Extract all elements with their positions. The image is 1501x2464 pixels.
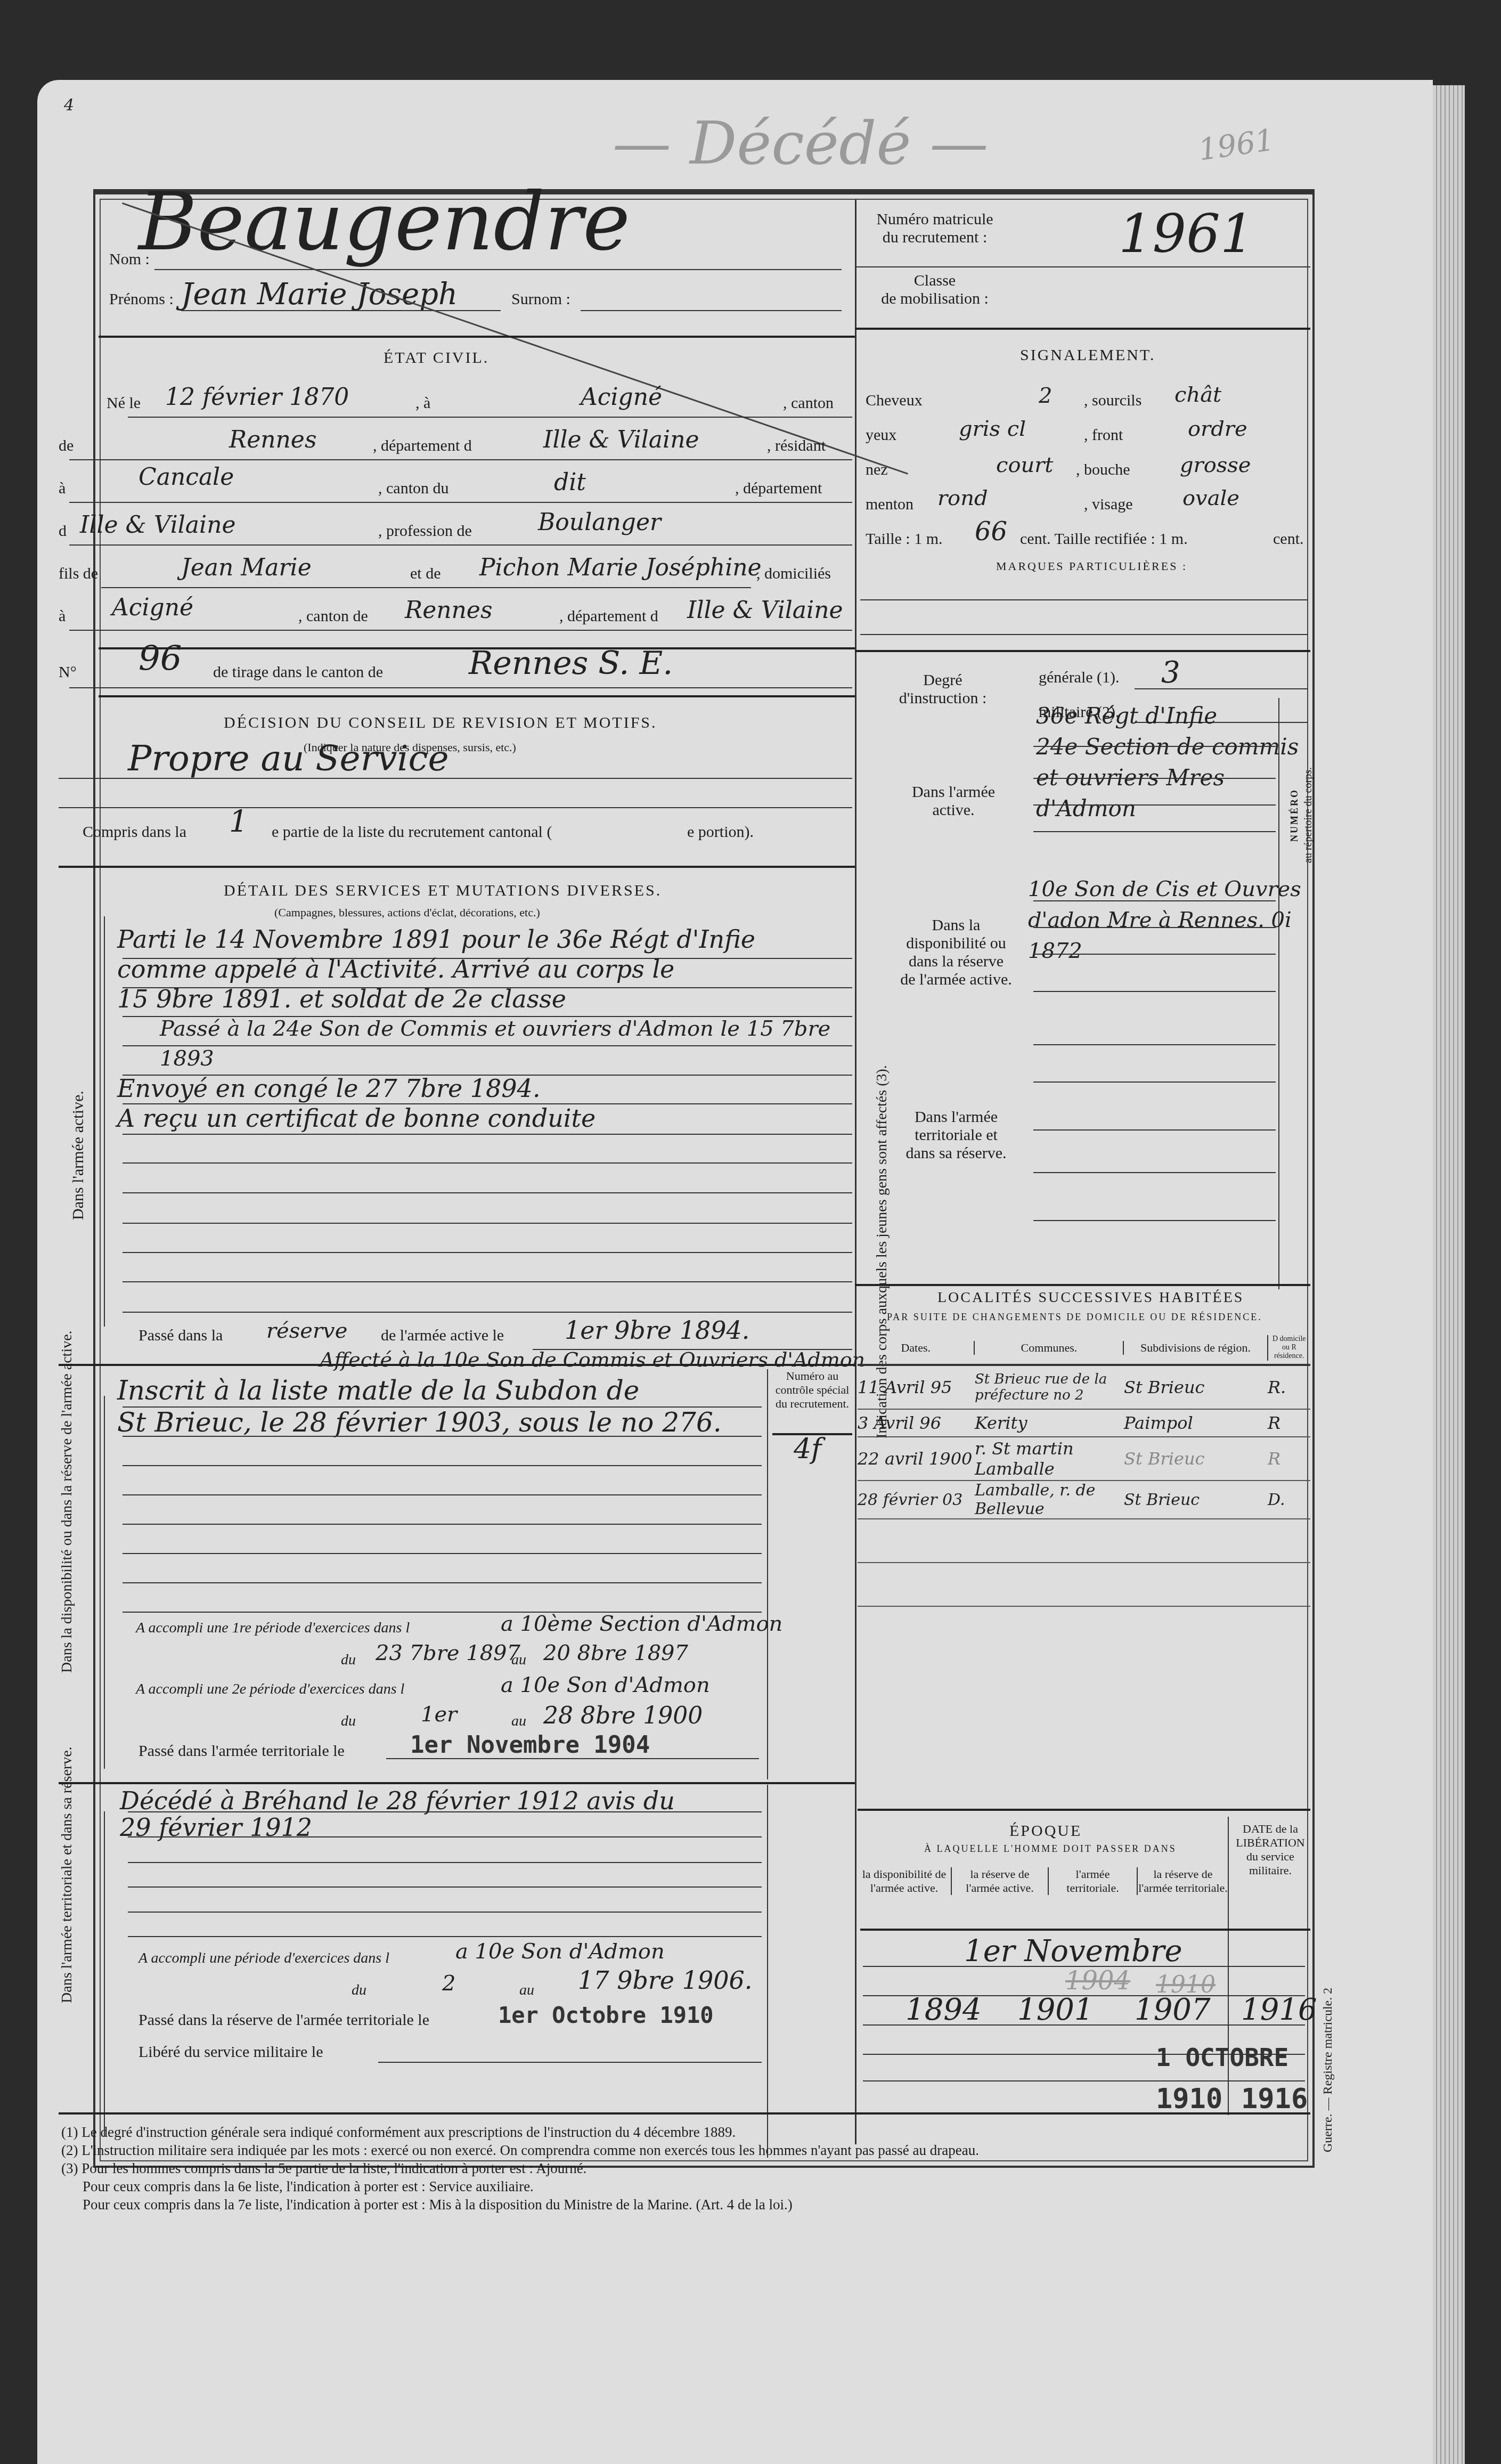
controle-value[interactable]: 4f	[794, 1433, 821, 1465]
compris-value[interactable]: 1	[229, 804, 248, 839]
sourcils-value[interactable]: chât	[1174, 383, 1221, 407]
tirage-no-label: N°	[59, 663, 77, 681]
periode3-au-value[interactable]: 17 9bre 1906.	[578, 1966, 752, 1995]
decision-title: DÉCISION DU CONSEIL DE REVISION ET MOTIF…	[224, 714, 657, 732]
periode2-au-value[interactable]: 28 8bre 1900	[543, 1702, 703, 1729]
instruction-generale-label: générale (1).	[1039, 669, 1120, 687]
passe-territoriale-value[interactable]: 1er Novembre 1904	[410, 1731, 650, 1759]
periode3-du-label: du	[352, 1982, 366, 1999]
profession-value[interactable]: Boulanger	[538, 509, 661, 536]
d-label: d	[59, 522, 67, 540]
epoque-headers: la disponibilité de l'armée active. la r…	[858, 1867, 1228, 1895]
numero-repertoire-sub: au répertoire du corps.	[1302, 767, 1315, 863]
services-side-dispo: Dans la disponibilité ou dans la réserve…	[59, 1330, 76, 1673]
corps-dispo-entries[interactable]: 10e Son de Cis et Ouvresd'adon Mre à Ren…	[1028, 874, 1310, 966]
instruction-label: Degréd'instruction :	[884, 671, 1001, 708]
a-label: , à	[415, 394, 430, 412]
column-divider	[855, 200, 856, 2144]
visage-label: , visage	[1084, 495, 1133, 514]
residant-label: , résidant	[767, 437, 826, 455]
col-territoriale: l'armée territoriale.	[1048, 1867, 1137, 1895]
nez-label: nez	[866, 461, 888, 479]
localites-subtitle: PAR SUITE DE CHANGEMENTS DE DOMICILE OU …	[887, 1312, 1262, 1323]
domicile-canton-value[interactable]: Rennes	[405, 597, 492, 624]
epoque-subtitle: À LAQUELLE L'HOMME DOIT PASSER DANS	[924, 1843, 1177, 1855]
controle-label: Numéro au contrôle spécial du recrutemen…	[775, 1369, 850, 1411]
portion-suffix: e portion).	[687, 823, 754, 841]
nez-value[interactable]: court	[996, 453, 1053, 477]
periode2-value[interactable]: a 10e Son d'Admon	[501, 1673, 710, 1697]
corps-territoriale-label: Dans l'armée territoriale et dans sa rés…	[900, 1108, 1012, 1162]
periode1-du-value[interactable]: 23 7bre 1897	[376, 1641, 520, 1665]
bouche-value[interactable]: grosse	[1180, 453, 1251, 477]
footnote-3b: Pour ceux compris dans la 6e liste, l'in…	[61, 2177, 1286, 2195]
localites-table: Dates. Communes. Subdivisions de région.…	[858, 1332, 1310, 1649]
signalement-title: SIGNALEMENT.	[1020, 346, 1156, 364]
taille-label: Taille : 1 m.	[866, 530, 943, 548]
footnote-2: (2) L'instruction militaire sera indiqué…	[61, 2141, 1286, 2159]
cheveux-label: Cheveux	[866, 392, 923, 410]
passe-territoriale-label: Passé dans l'armée territoriale le	[138, 1742, 345, 1760]
birth-dept-value[interactable]: Ille & Vilaine	[543, 426, 699, 453]
domicile-dept-value[interactable]: Ille & Vilaine	[687, 597, 843, 624]
birth-place-value[interactable]: Acigné	[581, 384, 662, 411]
services-subtitle: (Campagnes, blessures, actions d'éclat, …	[274, 906, 540, 920]
cheveux-value[interactable]: 2	[1039, 384, 1052, 408]
corps-dispo-label: Dans la disponibilité ou dans la réserve…	[900, 916, 1012, 989]
residence-value[interactable]: Cancale	[138, 463, 234, 491]
liberation-year[interactable]: 1916	[1241, 1993, 1317, 2027]
departement-label: , département d	[373, 437, 472, 455]
periode3-du-value[interactable]: 2	[442, 1971, 455, 1996]
periode2-du-label: du	[341, 1713, 356, 1730]
periode1-au-value[interactable]: 20 8bre 1897	[543, 1641, 688, 1665]
domicile-value[interactable]: Acigné	[112, 594, 193, 621]
corps-active-label: Dans l'armée active.	[900, 783, 1007, 819]
tirage-label: de tirage dans le canton de	[213, 663, 383, 681]
col-disponibilite: la disponibilité de l'armée active.	[858, 1867, 951, 1895]
sourcils-label: , sourcils	[1084, 392, 1141, 410]
reserve-terr-value[interactable]: 1er Octobre 1910	[498, 2002, 714, 2028]
epoque-struck-year-1: 1904	[1065, 1966, 1130, 1996]
col-reserve-active: la réserve de l'armée active.	[951, 1867, 1048, 1895]
passe-reserve-label: Passé dans la	[138, 1327, 223, 1345]
surnom-label: Surnom :	[511, 290, 570, 308]
periode2-au-label: au	[511, 1713, 526, 1730]
affecte-note[interactable]: Affecté à la 10e Son de Commis et Ouvrie…	[320, 1348, 865, 1371]
libere-label: Libéré du service militaire le	[138, 2043, 323, 2061]
services-title: DÉTAIL DES SERVICES ET MUTATIONS DIVERSE…	[224, 882, 662, 900]
col-reserve-territoriale: la réserve de l'armée territoriale.	[1137, 1867, 1228, 1895]
taille-value[interactable]: 66	[975, 517, 1007, 547]
services-side-active: Dans l'armée active.	[69, 1091, 87, 1220]
periode3-value[interactable]: a 10e Son d'Admon	[455, 1939, 665, 1964]
footnote-3: (3) Pour les hommes compris dans la 5e p…	[61, 2159, 1286, 2177]
periode1-du-label: du	[341, 1652, 356, 1669]
matricule-value[interactable]: 1961	[1119, 202, 1254, 265]
periode3-au-label: au	[519, 1982, 534, 1999]
localites-row: 22 avril 1900r. St martin LamballeSt Bri…	[858, 1437, 1310, 1481]
periode3-label: A accompli une période d'exercices dans …	[138, 1950, 389, 1967]
ne-le-label: Né le	[107, 394, 141, 412]
epoque-reserve-territoriale-year[interactable]: 1907	[1135, 1993, 1211, 2027]
footnotes: (1) Le degré d'instruction générale sera…	[61, 2123, 1286, 2214]
compris-suffix: e partie de la liste du recrutement cant…	[272, 823, 552, 841]
birth-canton-value[interactable]: Rennes	[229, 426, 316, 453]
margin-imprint: Guerre. — Registre matricule. 2	[1321, 1988, 1335, 2152]
corps-active-entries[interactable]: 36e Régt d'Infie24e Section de commiset …	[1036, 701, 1313, 824]
prenoms-value[interactable]: Jean Marie Joseph	[181, 277, 458, 312]
epoque-title: ÉPOQUE	[1009, 1822, 1082, 1840]
tirage-no-value[interactable]: 96	[138, 639, 182, 679]
stamp-year-1910: 1910	[1156, 2083, 1222, 2115]
col-communes: Communes.	[974, 1341, 1123, 1355]
profession-label: , profession de	[378, 522, 472, 540]
localites-title: LOCALITÉS SUCCESSIVES HABITÉES	[937, 1289, 1244, 1306]
cent-label: cent.	[1273, 530, 1303, 548]
taille-rectifiee-label: cent. Taille rectifiée : 1 m.	[1020, 530, 1188, 548]
footnote-1: (1) Le degré d'instruction générale sera…	[61, 2123, 1286, 2141]
domicile-a-label: à	[59, 607, 66, 625]
menton-value[interactable]: rond	[937, 486, 988, 510]
de-label: de	[59, 437, 74, 455]
periode1-au-label: au	[511, 1652, 526, 1669]
liberation-header: DATE de la LIBÉRATION du service militai…	[1230, 1822, 1310, 1877]
epoque-reserve-active-year[interactable]: 1894	[906, 1993, 982, 2027]
epoque-territoriale-year[interactable]: 1901	[1017, 1993, 1094, 2027]
residence-canton-value[interactable]: dit	[554, 469, 586, 496]
periode1-label: A accompli une 1re période d'exercices d…	[136, 1620, 410, 1637]
father-value[interactable]: Jean Marie	[181, 554, 312, 581]
corner-mark: 4	[64, 96, 74, 115]
periode2-label: A accompli une 2e période d'exercices da…	[136, 1681, 404, 1698]
visage-value[interactable]: ovale	[1182, 486, 1239, 510]
passe-reserve-value[interactable]: réserve	[266, 1319, 347, 1343]
canton-du-label: , canton du	[378, 479, 448, 498]
reserve-terr-label: Passé dans la réserve de l'armée territo…	[138, 2011, 429, 2029]
menton-label: menton	[866, 495, 913, 514]
periode2-du-value[interactable]: 1er	[421, 1702, 457, 1727]
domicilies-label: , domiciliés	[756, 565, 831, 583]
canton-label: , canton	[783, 394, 834, 412]
bouche-label: , bouche	[1076, 461, 1130, 479]
col-dates: Dates.	[858, 1341, 974, 1355]
epoque-month[interactable]: 1er Novembre	[964, 1934, 1182, 1969]
prenoms-label: Prénoms :	[109, 290, 174, 308]
nom-value[interactable]: Beaugendre	[138, 176, 630, 269]
terr-entries[interactable]: Décédé à Bréhand le 28 février 1912 avis…	[120, 1787, 770, 1841]
classe-label: Classede mobilisation :	[866, 272, 1004, 308]
domicile-dept-label: , département d	[559, 607, 658, 625]
domicile-canton-label: , canton de	[298, 607, 368, 625]
mother-value[interactable]: Pichon Marie Joséphine	[479, 554, 762, 581]
residence-dept-value[interactable]: Ille & Vilaine	[80, 511, 236, 539]
et-de-label: et de	[410, 565, 440, 583]
services-side-terr: Dans l'armée territoriale et dans sa rés…	[59, 1746, 76, 2003]
localites-row: 28 février 03Lamballe, r. de BellevueSt …	[858, 1481, 1310, 1519]
birth-date-value[interactable]: 12 février 1870	[165, 384, 349, 411]
matricule-label: Numéro matriculedu recrutement :	[866, 210, 1004, 247]
stamp-year-1916: 1916	[1241, 2083, 1308, 2115]
departement2-label: , département	[735, 479, 822, 498]
page-stack-edge	[1433, 85, 1465, 2464]
deceased-annotation: — Décédé —	[613, 109, 988, 177]
compris-label: Compris dans la	[83, 823, 186, 841]
tirage-canton-value[interactable]: Rennes S. E.	[469, 645, 673, 682]
col-subdivisions: Subdivisions de région.	[1123, 1341, 1267, 1355]
front-value[interactable]: ordre	[1188, 417, 1247, 441]
yeux-label: yeux	[866, 426, 896, 444]
fils-de-label: fils de	[59, 565, 98, 583]
front-label: , front	[1084, 426, 1123, 444]
localites-row: 3 Avril 96KerityPaimpolR	[858, 1410, 1310, 1437]
decision-value[interactable]: Propre au Service	[128, 738, 449, 779]
periode1-value[interactable]: a 10ème Section d'Admon	[501, 1612, 782, 1636]
services-entries[interactable]: Parti le 14 Novembre 1891 pour le 36e Ré…	[117, 924, 863, 1133]
residant-a-label: à	[59, 479, 66, 498]
footnote-3c: Pour ceux compris dans la 7e liste, l'in…	[61, 2195, 1286, 2214]
col-dr: D domicile ou R résidence.	[1267, 1335, 1310, 1361]
instruction-generale-value[interactable]: 3	[1161, 655, 1180, 690]
localites-row: 11 Avril 95St Brieuc rue de la préfectur…	[858, 1366, 1310, 1410]
marques-title: MARQUES PARTICULIÈRES :	[996, 559, 1187, 573]
passe-reserve-mid: de l'armée active le	[381, 1327, 504, 1345]
stamp-octobre: 1 OCTOBRE	[1156, 2043, 1288, 2072]
passe-reserve-date[interactable]: 1er 9bre 1894.	[565, 1316, 749, 1345]
etat-civil-title: ÉTAT CIVIL.	[384, 349, 489, 367]
numero-repertoire-label: NUMÉRO	[1289, 788, 1300, 842]
yeux-value[interactable]: gris cl	[959, 417, 1026, 441]
